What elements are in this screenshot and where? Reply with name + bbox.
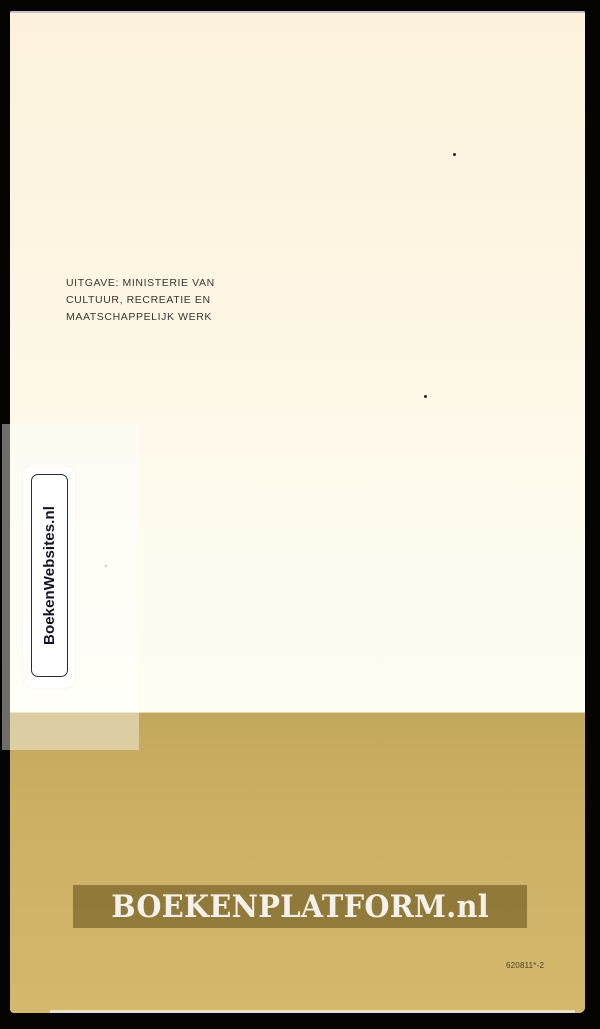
publisher-line: CULTUUR, RECREATIE EN xyxy=(66,292,215,309)
publisher-line: UITGAVE: MINISTERIE VAN xyxy=(66,275,215,292)
watermark-banner: BOEKENPLATFORM.nl xyxy=(73,885,527,928)
cover-lower-gold-section xyxy=(10,712,585,1013)
print-speck xyxy=(424,395,427,398)
publisher-line: MAATSCHAPPELIJK WERK xyxy=(66,309,215,326)
sticker-label: BoekenWebsites.nl xyxy=(41,506,58,645)
watermark-label: BOEKENPLATFORM.nl xyxy=(111,889,489,925)
cover-bottom-edge xyxy=(50,1010,575,1013)
boekenwebsites-sticker: BoekenWebsites.nl xyxy=(23,466,75,688)
catalog-code: 620811*-2 xyxy=(506,961,544,970)
print-speck xyxy=(453,153,456,156)
publisher-imprint: UITGAVE: MINISTERIE VAN CULTUUR, RECREAT… xyxy=(66,275,215,326)
sticker-border: BoekenWebsites.nl xyxy=(31,474,68,677)
cover-top-edge xyxy=(10,11,585,13)
